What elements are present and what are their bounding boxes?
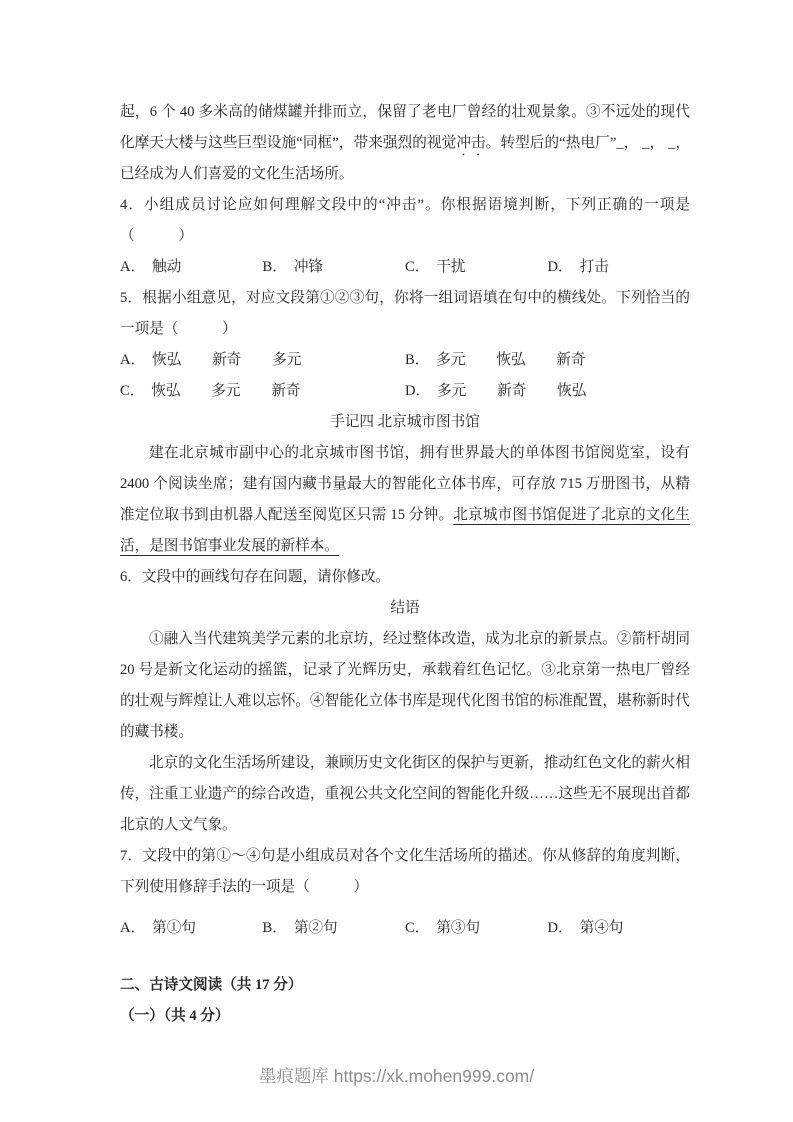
option-a-label: A． (120, 352, 145, 368)
question-4-options: A．触动 B．冲锋 C．干扰 D．打击 (120, 252, 690, 283)
option-d-word-1: 多元 (437, 376, 467, 407)
question-6: 6．文段中的画线句存在问题，请你修改。 (120, 562, 690, 593)
option-c-label: C． (405, 920, 429, 936)
conclusion-heading: 结语 (120, 593, 690, 624)
fill-in-blanks: _， _， _， (616, 135, 690, 151)
option-d-word-3: 恢弘 (557, 376, 587, 407)
question-7-text: 文段中的第①～④句是小组成员对各个文化生活场所的描述。你从修辞的角度判断，下列使… (120, 848, 690, 895)
note-four-heading: 手记四 北京城市图书馆 (120, 407, 690, 438)
watermark-footer: 墨痕题库 https://xk.mohen999.com/ (0, 1062, 793, 1090)
conclusion-paragraph-1: ①融入当代建筑美学元素的北京坊，经过整体改造，成为北京的新景点。②箭杆胡同 20… (120, 624, 690, 748)
question-7-option-d: D．第④句 (548, 913, 691, 944)
question-5-option-d: D．多元新奇恢弘 (405, 376, 690, 407)
option-d-text: 第④句 (580, 920, 624, 936)
option-d-label: D． (405, 383, 430, 399)
question-5-options-row-2: C．恢弘多元新奇 D．多元新奇恢弘 (120, 376, 690, 407)
section-two-part-one-heading: （一）（共 4 分） (120, 1001, 690, 1032)
question-7-option-a: A．第①句 (120, 913, 263, 944)
option-c-text: 第③句 (436, 920, 480, 936)
option-b-word-3: 新奇 (556, 345, 586, 376)
option-a-word-2: 新奇 (212, 345, 242, 376)
option-a-label: A． (120, 259, 145, 275)
option-d-text: 打击 (580, 259, 609, 275)
exam-document-page: 起，6 个 40 多米高的储煤罐并排而立，保留了老电厂曾经的壮观景象。③不远处的… (0, 0, 793, 1122)
option-b-text: 冲锋 (294, 259, 323, 275)
question-5-number: 5． (120, 290, 142, 306)
option-c-label: C． (120, 383, 144, 399)
question-4-option-b: B．冲锋 (263, 252, 406, 283)
question-5: 5．根据小组意见，对应文段第①②③句，你将一组词语填在句中的横线处。下列恰当的一… (120, 283, 690, 345)
option-c-label: C． (405, 259, 429, 275)
question-6-number: 6． (120, 569, 142, 585)
question-7: 7．文段中的第①～④句是小组成员对各个文化生活场所的描述。你从修辞的角度判断，下… (120, 841, 690, 903)
option-b-label: B． (405, 352, 429, 368)
emphasis-dotted-word: 冲击 (456, 135, 485, 151)
question-6-text: 文段中的画线句存在问题，请你修改。 (142, 569, 390, 585)
question-5-option-b: B．多元恢弘新奇 (405, 345, 690, 376)
question-7-option-c: C．第③句 (405, 913, 548, 944)
option-c-word-1: 恢弘 (151, 376, 181, 407)
conclusion-paragraph-2: 北京的文化生活场所建设，兼顾历史文化街区的保护与更新，推动红色文化的薪火相传，注… (120, 748, 690, 841)
option-d-label: D． (548, 259, 573, 275)
option-a-label: A． (120, 920, 145, 936)
question-4-option-d: D．打击 (548, 252, 691, 283)
question-4-number: 4． (120, 197, 144, 213)
question-5-option-a: A．恢弘新奇多元 (120, 345, 405, 376)
option-a-text: 触动 (152, 259, 181, 275)
option-d-word-2: 新奇 (497, 376, 527, 407)
option-b-word-2: 恢弘 (496, 345, 526, 376)
option-b-label: B． (263, 920, 287, 936)
intro-text-3: 已经成为人们喜爱的文化生活场所。 (120, 166, 354, 182)
question-4: 4．小组成员讨论应如何理解文段中的“冲击”。你根据语境判断，下列正确的一项是（ … (120, 190, 690, 252)
question-5-option-c: C．恢弘多元新奇 (120, 376, 405, 407)
question-7-number: 7． (120, 848, 142, 864)
question-4-option-c: C．干扰 (405, 252, 548, 283)
option-b-text: 第②句 (294, 920, 338, 936)
option-b-label: B． (263, 259, 287, 275)
question-5-options-row-1: A．恢弘新奇多元 B．多元恢弘新奇 (120, 345, 690, 376)
note-four-paragraph: 建在北京城市副中心的北京城市图书馆，拥有世界最大的单体图书馆阅览室，设有 240… (120, 438, 690, 562)
section-two-heading: 二、古诗文阅读（共 17 分） (120, 970, 690, 1001)
option-a-word-1: 恢弘 (152, 345, 182, 376)
option-b-word-1: 多元 (436, 345, 466, 376)
option-c-word-3: 新奇 (271, 376, 301, 407)
question-7-option-b: B．第②句 (263, 913, 406, 944)
option-a-word-3: 多元 (272, 345, 302, 376)
question-4-text: 小组成员讨论应如何理解文段中的“冲击”。你根据语境判断，下列正确的一项是（ ） (120, 197, 690, 244)
option-d-label: D． (548, 920, 573, 936)
option-c-word-2: 多元 (211, 376, 241, 407)
question-7-options: A．第①句 B．第②句 C．第③句 D．第④句 (120, 913, 690, 944)
question-4-option-a: A．触动 (120, 252, 263, 283)
intro-continuation-paragraph: 起，6 个 40 多米高的储煤罐并排而立，保留了老电厂曾经的壮观景象。③不远处的… (120, 97, 690, 190)
question-5-text: 根据小组意见，对应文段第①②③句，你将一组词语填在句中的横线处。下列恰当的一项是… (120, 290, 690, 337)
intro-text-2: 。转型后的“热电厂” (486, 135, 617, 151)
option-a-text: 第①句 (152, 920, 196, 936)
option-c-text: 干扰 (436, 259, 465, 275)
